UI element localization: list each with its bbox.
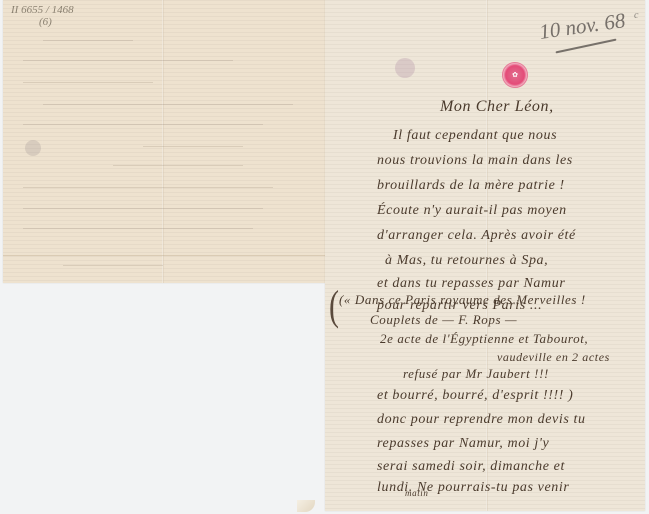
letter-insertion: matin	[405, 488, 429, 498]
letter-line: refusé par Mr Jaubert !!!	[403, 366, 549, 382]
letter-line: vaudeville en 2 actes	[497, 350, 610, 365]
letter-line: d'arranger cela. Après avoir été	[377, 228, 576, 244]
bleed-through-stamp-icon	[25, 140, 41, 156]
letter-line: donc pour reprendre mon devis tu	[377, 412, 586, 428]
letter-line: nous trouvions la main dans les	[377, 153, 573, 169]
library-stamp-icon: ✿	[502, 62, 528, 88]
salutation: Mon Cher Léon,	[440, 98, 554, 116]
archive-number: II 6655 / 1468	[11, 4, 74, 16]
archive-reference-mark: II 6655 / 1468 (6)	[11, 4, 74, 28]
letter-line: (« Dans ce Paris royaume des Merveilles …	[339, 292, 586, 308]
letter-line: 2e acte de l'Égyptienne et Tabourot,	[380, 331, 588, 347]
letter-line: repasses par Namur, moi j'y	[377, 436, 549, 452]
bleed-through-line	[43, 104, 293, 105]
letter-line: Écoute n'y aurait-il pas moyen	[377, 203, 567, 219]
letter-line: Il faut cependant que nous	[393, 128, 557, 144]
opening-parenthesis: (	[329, 283, 339, 331]
vertical-fold-crease	[162, 0, 164, 283]
bleed-through-line	[23, 228, 253, 229]
bleed-through-line	[143, 146, 243, 147]
letter-recto-page: ✿ 10 nov. 68 c Mon Cher Léon, Il faut ce…	[325, 0, 645, 511]
bleed-through-line	[23, 60, 233, 61]
bleed-through-line	[113, 165, 243, 166]
bleed-through-line	[43, 40, 133, 41]
bleed-through-line	[23, 82, 153, 83]
archive-sub-number: (6)	[11, 16, 74, 28]
corner-letter: c	[634, 10, 638, 21]
letter-verso-page: II 6655 / 1468 (6)	[3, 0, 325, 283]
letter-line: et dans tu repasses par Namur	[377, 276, 565, 292]
page-corner-curl	[297, 500, 315, 512]
bleed-through-line	[63, 265, 163, 266]
letter-line: Couplets de — F. Rops —	[370, 312, 517, 328]
letter-line: brouillards de la mère patrie !	[377, 178, 565, 194]
faded-stamp-icon	[395, 58, 415, 78]
letter-line: à Mas, tu retournes à Spa,	[385, 253, 548, 269]
horizontal-fold-crease	[3, 255, 325, 256]
bleed-through-line	[23, 187, 273, 188]
letter-line: et bourré, bourré, d'esprit !!!! )	[377, 388, 573, 404]
bleed-through-line	[23, 124, 263, 125]
bleed-through-line	[23, 208, 263, 209]
letter-line: serai samedi soir, dimanche et	[377, 459, 565, 475]
